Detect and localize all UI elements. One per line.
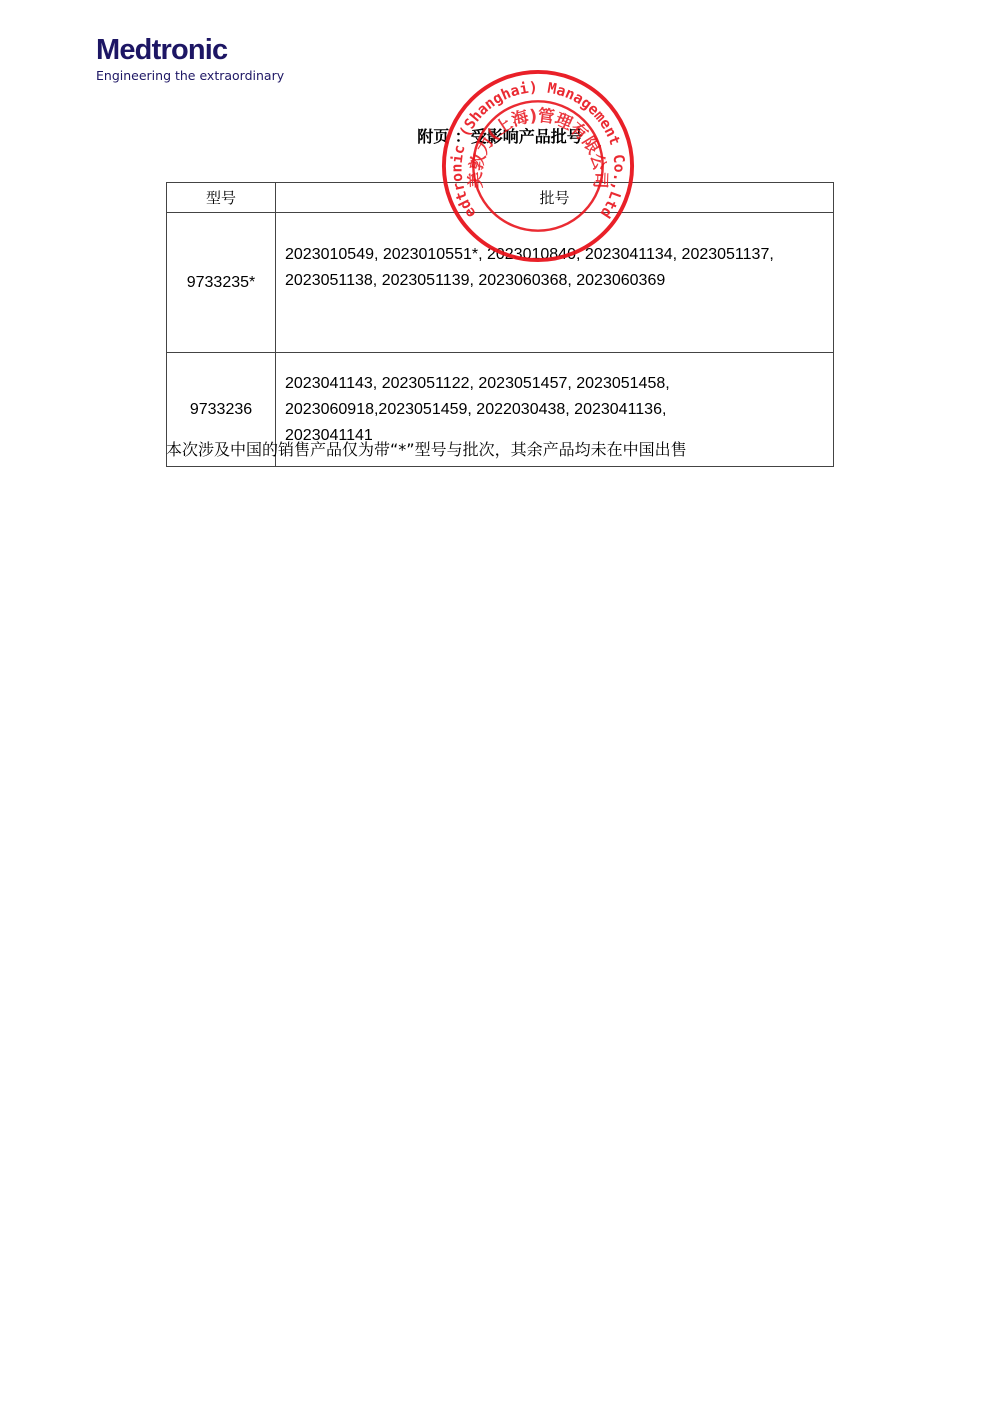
lot-line: 2023010549, 2023010551*, 2023010840, 202… [285, 242, 825, 268]
page-title: 附页 ：受影响产品批号 [0, 124, 1000, 147]
affected-lots-table: 型号 批号 9733235* 2023010549, 2023010551*, … [166, 182, 834, 467]
model-cell: 9733235* [167, 213, 276, 353]
footnote: 本次涉及中国的销售产品仅为带“*”型号与批次，其余产品均未在中国出售 [166, 437, 687, 460]
lot-numbers-cell: 2023010549, 2023010551*, 2023010840, 202… [276, 213, 834, 353]
column-header-lot: 批号 [276, 183, 834, 213]
lot-line: 2023060918,2023051459, 2022030438, 20230… [285, 397, 825, 423]
lot-line: 2023051138, 2023051139, 2023060368, 2023… [285, 268, 825, 294]
table-row: 9733235* 2023010549, 2023010551*, 202301… [167, 213, 834, 353]
medtronic-logo: Medtronic Engineering the extraordinary [96, 34, 284, 84]
brand-tagline: Engineering the extraordinary [96, 68, 284, 84]
lot-line: 2023041143, 2023051122, 2023051457, 2023… [285, 371, 825, 397]
table-header-row: 型号 批号 [167, 183, 834, 213]
brand-name: Medtronic [96, 34, 284, 66]
column-header-model: 型号 [167, 183, 276, 213]
